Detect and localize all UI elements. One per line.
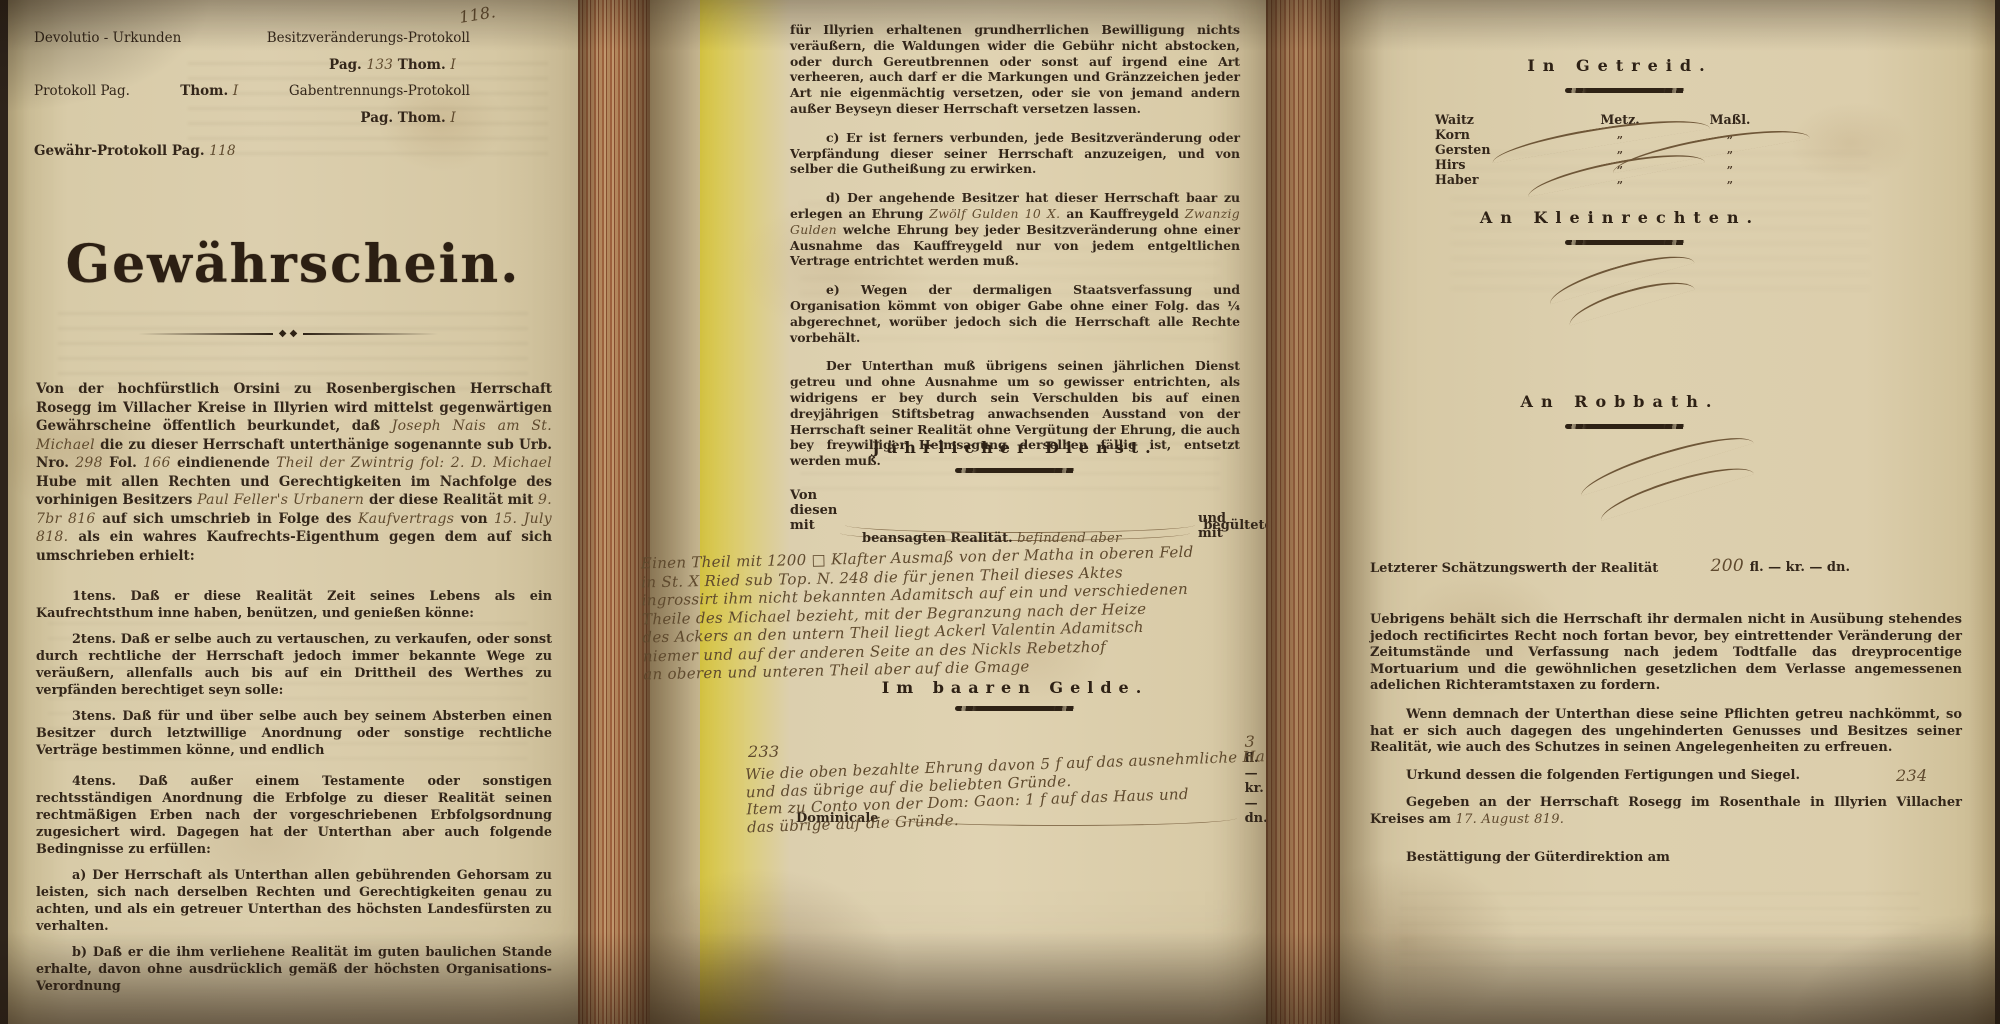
handwritten-text: 298 <box>75 455 103 471</box>
printed-text: Fol. <box>103 455 143 471</box>
left-page: 118. Devolutio - Urkunden Besitzveränder… <box>8 0 578 1024</box>
valuation-label: Letzterer Schätzungswerth der Realität <box>1370 561 1658 576</box>
ornament-glyphs: ◆ ◆ <box>279 328 298 339</box>
clause-paragraph: a) Der Herrschaft als Unterthan allen ge… <box>36 867 552 935</box>
handwritten-text: Zwölf Gulden 10 X. <box>929 206 1066 221</box>
printed-text: Thom. <box>393 57 450 73</box>
registry-row: Devolutio - Urkunden Besitzveränderungs-… <box>34 30 470 48</box>
printed-text: Gewähr-Protokoll Pag. <box>34 143 209 159</box>
body-paragraph: für Illyrien erhaltenen grundherrlichen … <box>790 22 1240 117</box>
page-title: Gewährschein. <box>8 234 578 295</box>
intro-paragraph: Von der hochfürstlich Orsini zu Rosenber… <box>36 380 552 565</box>
handwritten-text: 118 <box>209 143 236 159</box>
printed-text: beansagten Realität. <box>862 531 1017 546</box>
clause-paragraph: b) Daß er die ihm verliehene Realität im… <box>36 944 552 995</box>
form-label: und mit <box>1198 511 1226 541</box>
section-ornament <box>955 468 1075 473</box>
registry-value: Pag. Thom. I <box>360 110 456 128</box>
body-paragraph: d) Der angehende Besitzer hat dieser Her… <box>790 190 1240 269</box>
section-ornament <box>955 706 1075 711</box>
printed-text: eindienende <box>171 455 276 471</box>
registry-block: Devolutio - Urkunden Besitzveränderungs-… <box>34 30 470 170</box>
valuation-amount: 200 fl. — kr. — dn. <box>1711 556 1850 576</box>
clause-paragraph: 3tens. Daß für und über selbe auch bey s… <box>36 708 552 759</box>
registry-row: Pag. Thom. I <box>34 110 470 128</box>
valuation-row: Letzterer Schätzungswerth der Realität 2… <box>1370 556 1850 576</box>
printed-text: auf sich umschrieb in Folge des <box>102 511 358 527</box>
handwritten-text: 133 <box>366 57 393 73</box>
handwritten-text: I <box>233 83 239 99</box>
form-label: Von diesen mit <box>790 488 837 533</box>
body-paragraph: c) Er ist ferners verbunden, jede Besitz… <box>790 130 1240 177</box>
section-ornament <box>1565 240 1685 245</box>
registry-value: Pag. 133 Thom. I <box>329 57 456 75</box>
section-header-im-baaren-gelde: Im baaren Gelde. <box>790 678 1240 697</box>
clause-paragraph: 1tens. Daß er diese Realität Zeit seines… <box>36 588 552 622</box>
amount-value: 3 fl. — kr. — dn. <box>1245 732 1268 826</box>
body-text-column: für Illyrien erhaltenen grundherrlichen … <box>790 22 1240 482</box>
registry-label: Gabentrennungs-Protokoll <box>289 83 470 101</box>
section-header-an-kleinrechten: An Kleinrechten. <box>1340 208 1900 227</box>
handwritten-text: I <box>450 57 456 73</box>
handwritten-text: 17. August 819. <box>1456 812 1565 827</box>
sheet-number: 234 <box>1896 766 1927 785</box>
body-paragraph: Urkund dessen die folgenden Fertigungen … <box>1370 768 1962 785</box>
clauses-block: 1tens. Daß er diese Realität Zeit seines… <box>36 588 552 1004</box>
registry-value: Gewähr-Protokoll Pag. 118 <box>34 143 236 161</box>
handwritten-text: Paul Feller's Urbanern <box>197 492 369 508</box>
page-edges-gutter-right <box>1266 0 1340 1024</box>
printed-text: von <box>461 511 494 527</box>
printed-text: Pag. Thom. <box>360 110 450 126</box>
printed-text: Thom. <box>180 83 233 99</box>
printed-text: der diese Realität mit <box>369 492 538 508</box>
handwritten-text: I <box>450 110 456 126</box>
right-page: In Getreid. Waitz Metz. Maßl. Korn „ „ G… <box>1340 0 1995 1024</box>
handwritten-block: Einen Theil mit 1200 □ Klafter Ausmaß vo… <box>641 542 1256 684</box>
form-row: beansagten Realität. befindend aber <box>862 531 1122 546</box>
body-paragraph: e) Wegen der dermaligen Staatsverfassung… <box>790 282 1240 345</box>
body-paragraph: Gegeben an der Herrschaft Rosegg im Rose… <box>1370 795 1962 828</box>
printed-text: welche Ehrung bey jeder Besitzveränderun… <box>790 222 1240 269</box>
clause-paragraph: 4tens. Daß außer einem Testamente oder s… <box>36 773 552 858</box>
registry-label: Protokoll Pag. <box>34 83 130 101</box>
registry-label: Devolutio - Urkunden <box>34 30 181 48</box>
middle-page: für Illyrien erhaltenen grundherrlichen … <box>650 0 1266 1024</box>
handwritten-text: Theil der Zwintrig fol: 2. D. Michael <box>276 455 552 471</box>
clause-paragraph: 2tens. Daß er selbe auch zu vertauschen,… <box>36 631 552 699</box>
page-edges-gutter-left <box>578 0 650 1024</box>
grain-header-row: Waitz Metz. Maßl. <box>1435 112 1785 127</box>
body-paragraph: Bestättigung der Güterdirektion am <box>1370 850 1962 867</box>
section-header-jaehrlicher-dienst: Jährlicher Dienst. <box>790 438 1240 457</box>
handwritten-text: Kaufvertrags <box>358 511 461 527</box>
handwritten-text: 200 <box>1711 556 1750 576</box>
registry-label: Besitzveränderungs-Protokoll <box>267 30 470 48</box>
handwritten-text: 166 <box>143 455 171 471</box>
body-paragraph: Wenn demnach der Unterthan diese seine P… <box>1370 707 1962 757</box>
printed-text: als ein wahres Kaufrechts-Eigenthum gege… <box>36 529 552 564</box>
printed-text: Pag. <box>329 57 366 73</box>
registry-row: Pag. 133 Thom. I <box>34 57 470 75</box>
section-header-an-robbath: An Robbath. <box>1340 392 1900 411</box>
form-label: beansagten Realität. befindend aber <box>862 531 1122 546</box>
bleed-through <box>1400 880 1920 970</box>
section-header-in-getreid: In Getreid. <box>1340 56 1900 75</box>
body-paragraph: Uebrigens behält sich die Herrschaft ihr… <box>1370 612 1962 695</box>
printed-text: fl. — kr. — dn. <box>1750 560 1850 575</box>
registry-row: Protokoll Pag. Thom. I Gabentrennungs-Pr… <box>34 83 470 101</box>
registry-row: Gewähr-Protokoll Pag. 118 <box>34 143 470 161</box>
title-ornament: ◆ ◆ <box>138 328 438 339</box>
grain-row-label: Waitz <box>1435 112 1565 127</box>
section-ornament <box>1565 424 1685 429</box>
folio-number: 118. <box>458 2 497 27</box>
registry-value: Thom. I <box>180 83 238 101</box>
bleed-through <box>58 300 528 390</box>
ditto-mark: „ <box>1675 172 1785 187</box>
sheet-number: 233 <box>748 742 779 761</box>
book-scan: 118. Devolutio - Urkunden Besitzveränder… <box>0 0 2000 1024</box>
printed-text: an Kauffreygeld <box>1066 206 1185 221</box>
section-ornament <box>1565 88 1685 93</box>
